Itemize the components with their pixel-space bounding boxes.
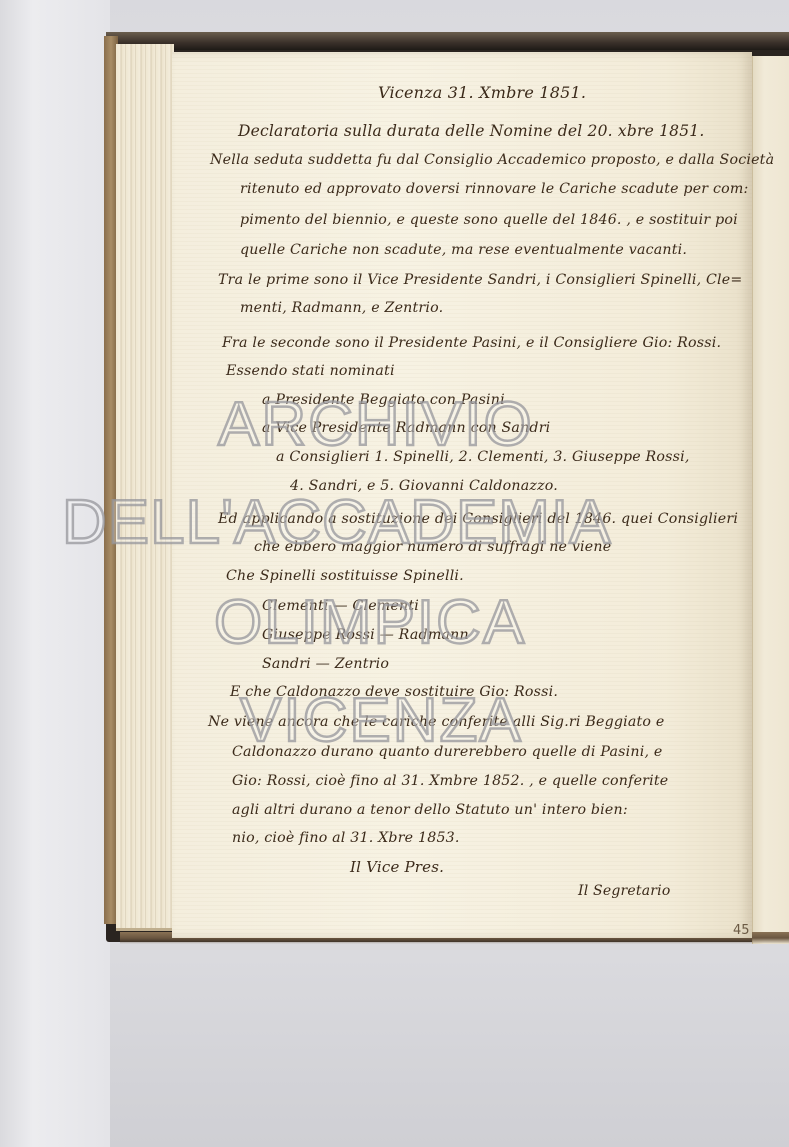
text-line: Sandri — Zentrio: [262, 656, 389, 672]
signature-secretary: Il Segretario: [578, 883, 670, 899]
text-line: Essendo stati nominati: [226, 363, 395, 379]
document-title: Declaratoria sulla durata delle Nomine d…: [238, 122, 704, 140]
text-line: menti, Radmann, e Zentrio.: [240, 300, 443, 316]
watermark-line-vicenza: VICENZA: [240, 690, 523, 752]
text-line: Fra le seconde sono il Presidente Pasini…: [222, 335, 721, 351]
page-number: 45: [733, 923, 750, 938]
text-line: agli altri durano a tenor dello Statuto …: [232, 802, 628, 818]
header-date: Vicenza 31. Xmbre 1851.: [378, 83, 586, 102]
text-line: Tra le prime sono il Vice Presidente San…: [218, 272, 742, 288]
text-line: Che Spinelli sostituisse Spinelli.: [226, 568, 464, 584]
text-line: Nella seduta suddetta fu dal Consiglio A…: [210, 152, 774, 168]
text-line: ritenuto ed approvato doversi rinnovare …: [240, 181, 749, 197]
watermark-line-archivio: ARCHIVIO: [218, 394, 534, 456]
text-line: pimento del biennio, e queste sono quell…: [240, 212, 738, 228]
signature-vice-president: Il Vice Pres.: [350, 858, 444, 876]
watermark-line-olimpica: OLIMPICA: [214, 592, 526, 654]
scan-background: [0, 0, 110, 1147]
watermark-line-accademia: DELL'ACCADEMIA: [62, 492, 612, 554]
facing-page-edge: [752, 56, 789, 944]
book-cover-top-edge: [106, 32, 789, 50]
text-line: Gio: Rossi, cioè fino al 31. Xmbre 1852.…: [232, 773, 668, 789]
text-line: quelle Cariche non scadute, ma rese even…: [240, 242, 687, 258]
text-line: nio, cioè fino al 31. Xbre 1853.: [232, 830, 460, 846]
